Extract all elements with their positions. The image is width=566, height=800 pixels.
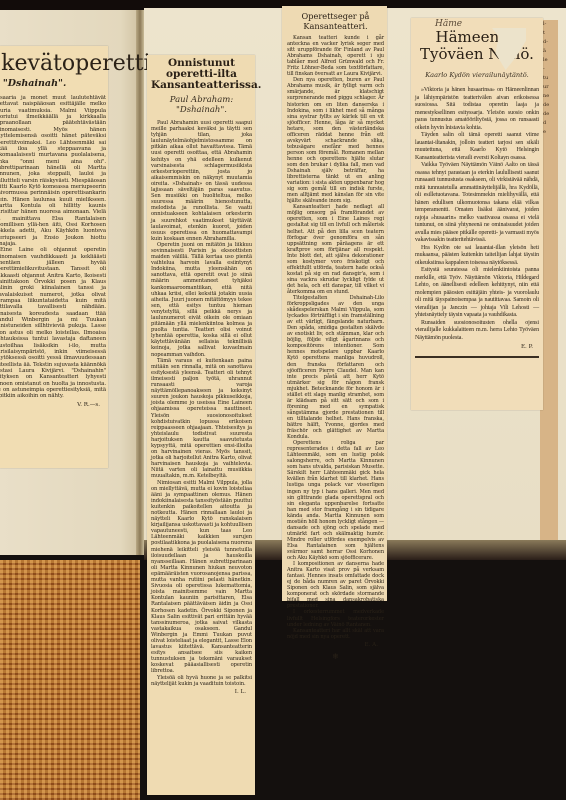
clipping-operettseger: Operettseger på Kansanteatteri. Kansan t…	[282, 6, 387, 601]
signature: I. L.	[151, 689, 252, 695]
paragraph: Operettens roliga par representerades i …	[287, 440, 384, 561]
paragraph: Nimiosan esitti Malmi Vilppula, jolla on…	[151, 480, 252, 675]
paragraph: Runsaiden suosionosoitusten ohella ojens…	[415, 320, 539, 343]
paragraph: Operetin juoni on mitätön ja liikkuu sov…	[151, 242, 252, 358]
paragraph: Kansanteatteri har allt skäl att vara nö…	[287, 628, 384, 640]
paragraph: Tämä varaus ei kuitenkaan paina mitään s…	[151, 358, 252, 480]
clipping-body: saaria ja monet muut laulutehtävät asett…	[0, 95, 108, 408]
signature: E. A.	[287, 642, 384, 648]
paragraph: Täyden salin oli tämä operetti saanut vi…	[415, 132, 539, 162]
clipping-kevatoperetti: n kevätoperetti. : "Dshainah". saaria ja…	[0, 46, 108, 468]
clipping-hameenlinna-tyovaen-nayttamo: Häme Hämeenlin Työväen N mö. Kaarlo Kydö…	[411, 18, 543, 410]
clipping-headline: Onnistunut operetti-ilta Kansanteatteris…	[151, 58, 252, 91]
paragraph: Den nya operetten, buren av Paul Abraham…	[287, 77, 384, 204]
paragraph: Kansanteatteri hade nedlagt all möjlig o…	[287, 204, 384, 295]
paragraph: Vaikka Työväen Näyttämön Väinö Aalto on …	[415, 162, 539, 245]
signature: V. R.—s.	[0, 402, 106, 408]
book-spine	[136, 10, 144, 555]
clipping-byline: Paul Abraham: "Dshainah".	[151, 95, 252, 115]
paragraph: I orkesterrummet medverkade livfullt Hel…	[287, 609, 384, 627]
paragraph: Eine Laine oli ohjannut operetin erinoma…	[0, 247, 106, 399]
paragraph: Esitystä seuratessa oli mielenkiintoista…	[415, 267, 539, 320]
clipping-byline: Kaarlo Kydön vierailunäytäntö.	[415, 71, 539, 79]
snowflake-ornament-icon: ❄	[287, 652, 384, 661]
paragraph: Kansan teatteri kunde i går anteckna en …	[287, 35, 384, 77]
clipping-headline: Operettseger på Kansanteatteri.	[287, 12, 384, 31]
striped-cloth	[0, 560, 140, 800]
clipping-headline: n kevätoperetti.	[0, 52, 108, 75]
paragraph: saaria ja monet muut laulutehtävät asett…	[0, 95, 106, 247]
paragraph: Yleisöä oli hyvä huone ja se palkitsi nä…	[151, 675, 252, 687]
paragraph: I kompositionen av danserna hade Anitra …	[287, 561, 384, 609]
paragraph: Titelgestalten Dshainah-Lilo förkroppsli…	[287, 295, 384, 440]
paragraph: Paul Abrahamin uusi operetti saapui meil…	[151, 120, 252, 242]
clipping-onnistunut-operetti-ilta: Onnistunut operetti-ilta Kansanteatteris…	[147, 55, 255, 795]
paragraph: »Viktoria ja hänen husaarinsa» on Hämeen…	[415, 87, 539, 132]
paragraph: Hra Kydön ote sai lauantai-illan yleisön…	[415, 245, 539, 268]
clipping-subtitle: : "Dshainah".	[0, 78, 108, 89]
signature: E. P.	[415, 344, 539, 350]
bottom-rule	[415, 356, 539, 358]
